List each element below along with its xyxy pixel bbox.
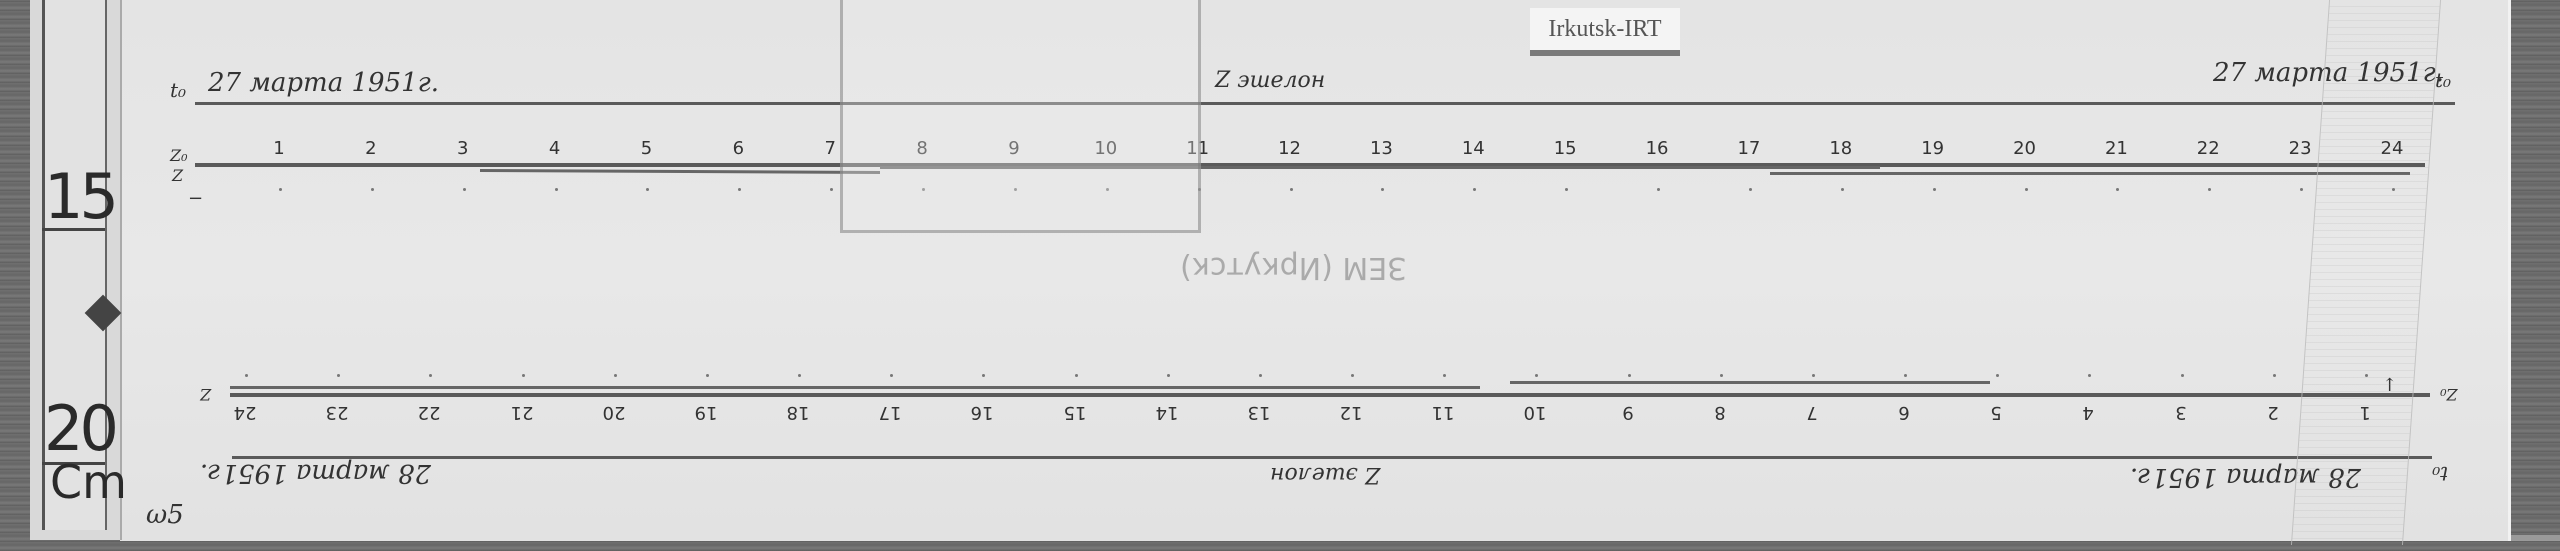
top-hour-mark — [1749, 188, 1752, 191]
bottom-z-trace — [1510, 381, 1990, 384]
bottom-hour-label: 10 — [1524, 402, 1547, 423]
bottom-date-left: 28 марта 1951г. — [200, 458, 431, 488]
bottom-hour-label: 20 — [602, 402, 625, 423]
top-hour-mark — [1290, 188, 1293, 191]
bottom-z-trace — [230, 386, 1480, 389]
bottom-hour-mark — [706, 374, 709, 377]
bottom-hour-label: 5 — [1991, 402, 2002, 423]
bottom-hour-label: 14 — [1155, 402, 1178, 423]
top-hour-label: 15 — [1554, 138, 1577, 159]
top-hour-label: 3 — [457, 138, 468, 159]
top-baseline-label-z0: Z₀ — [170, 148, 188, 164]
top-hour-mark — [1841, 188, 1844, 191]
bottom-hour-label: 4 — [2083, 402, 2094, 423]
top-hour-label: 16 — [1646, 138, 1669, 159]
top-hour-label: 23 — [2289, 138, 2312, 159]
top-hour-label: 7 — [824, 138, 835, 159]
bottom-hour-mark — [1259, 374, 1262, 377]
top-time-line — [195, 102, 2455, 105]
time-marker-right: t₀ — [2435, 68, 2451, 92]
tape-overlay — [840, 0, 1201, 233]
bottom-hour-label: 19 — [694, 402, 717, 423]
bottom-hour-mark — [1720, 374, 1723, 377]
top-hour-mark — [279, 188, 282, 191]
bottom-hour-label: 22 — [418, 402, 441, 423]
bottom-baseline-label-z: Z — [200, 385, 211, 404]
top-hour-label: 4 — [549, 138, 560, 159]
scale-top-value: 15 — [44, 160, 115, 233]
archive-stamp: ЗЕМ (Иркутск) — [1180, 250, 1406, 285]
top-hour-label: 6 — [733, 138, 744, 159]
scale-divider — [42, 228, 105, 231]
bottom-hour-label: 23 — [326, 402, 349, 423]
bottom-component-label: Z эшелон — [1270, 462, 1380, 487]
bottom-hour-mark — [2273, 374, 2276, 377]
bottom-hour-label: 8 — [1714, 402, 1725, 423]
top-hour-label: 19 — [1921, 138, 1944, 159]
top-date-left: 27 марта 1951г. — [208, 68, 439, 98]
bottom-hour-mark — [245, 374, 248, 377]
down-arrow-icon: − — [188, 188, 203, 209]
bottom-hour-mark — [1628, 374, 1631, 377]
top-hour-label: 5 — [641, 138, 652, 159]
bottom-hour-label: 24 — [234, 402, 257, 423]
bottom-hour-mark — [1167, 374, 1170, 377]
bottom-hour-label: 7 — [1806, 402, 1817, 423]
bottom-hour-mark — [1075, 374, 1078, 377]
bottom-hour-mark — [614, 374, 617, 377]
top-component-label: Z эшелон — [1215, 68, 1325, 93]
bottom-hour-label: 16 — [971, 402, 994, 423]
top-baseline-label-z: Z — [172, 166, 183, 185]
top-hour-label: 20 — [2013, 138, 2036, 159]
bottom-hour-label: 2 — [2267, 402, 2278, 423]
bottom-hour-label: 6 — [1898, 402, 1909, 423]
scale-card: 15 20 Cm — [30, 0, 122, 540]
top-hour-label: 1 — [273, 138, 284, 159]
bottom-hour-label: 11 — [1432, 402, 1455, 423]
top-hour-label: 14 — [1462, 138, 1485, 159]
bottom-hour-mark — [2181, 374, 2184, 377]
bottom-hour-label: 18 — [787, 402, 810, 423]
top-z-trace — [1770, 172, 2410, 175]
bottom-baseline-label-z0: Z₀ — [2440, 385, 2458, 404]
corner-mark: ω5 — [146, 500, 184, 530]
top-hour-label: 12 — [1278, 138, 1301, 159]
top-hour-label: 21 — [2105, 138, 2128, 159]
top-hour-mark — [1933, 188, 1936, 191]
top-hour-label: 18 — [1829, 138, 1852, 159]
bottom-hour-label: 21 — [510, 402, 533, 423]
scale-unit: Cm — [50, 455, 127, 509]
bottom-hour-mark — [1812, 374, 1815, 377]
bottom-hour-label: 3 — [2175, 402, 2186, 423]
bottom-baseline — [230, 393, 2430, 397]
bottom-time-marker: t₀ — [2432, 462, 2448, 486]
top-hour-mark — [2025, 188, 2028, 191]
top-hour-mark — [463, 188, 466, 191]
bottom-hour-label: 13 — [1247, 402, 1270, 423]
top-hour-label: 22 — [2197, 138, 2220, 159]
top-hour-label: 17 — [1737, 138, 1760, 159]
bottom-hour-label: 17 — [879, 402, 902, 423]
top-hour-mark — [555, 188, 558, 191]
bottom-hour-label: 9 — [1622, 402, 1633, 423]
bottom-hour-label: 12 — [1340, 402, 1363, 423]
bottom-hour-label: 15 — [1063, 402, 1086, 423]
top-hour-mark — [371, 188, 374, 191]
bottom-hour-mark — [522, 374, 525, 377]
station-label: Irkutsk-IRT — [1530, 8, 1680, 56]
bottom-time-line — [232, 456, 2432, 459]
top-hour-label: 2 — [365, 138, 376, 159]
top-hour-label: 13 — [1370, 138, 1393, 159]
time-marker-left: t₀ — [170, 78, 186, 102]
